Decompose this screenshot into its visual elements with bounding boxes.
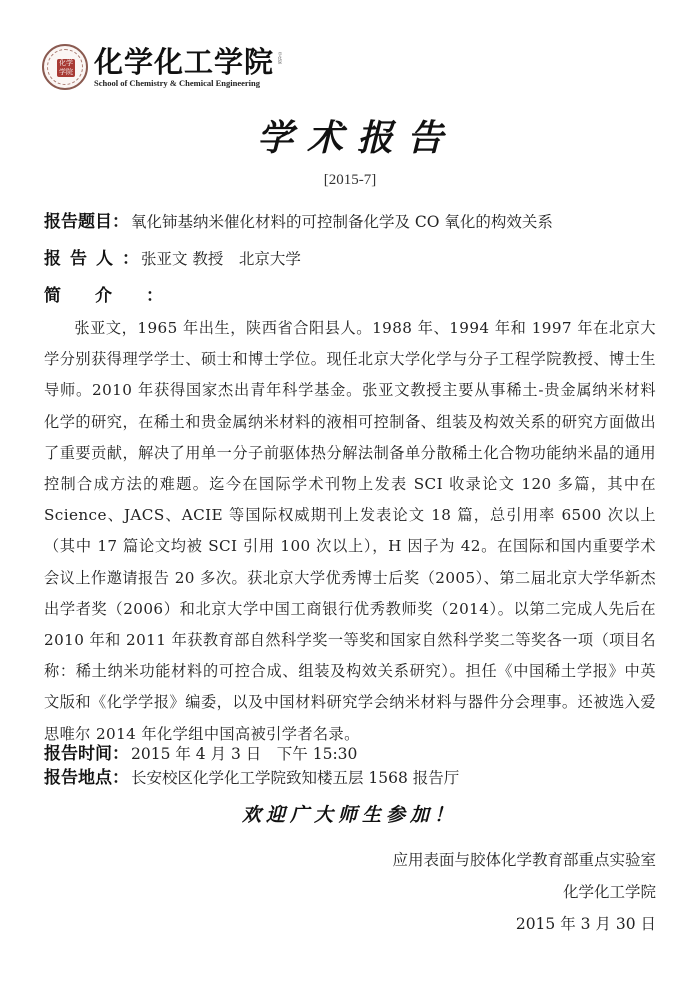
place-label: 报告地点 bbox=[44, 763, 112, 788]
school-name-block: 化学化工学院 学化院 School of Chemistry & Chemica… bbox=[94, 46, 283, 88]
topic-colon: ： bbox=[112, 207, 129, 232]
time-value: 2015 年 4 月 3 日 下午 15:30 bbox=[131, 742, 357, 764]
field-speaker: 报告人 ： 张亚文 教授 北京大学 bbox=[44, 244, 301, 269]
signoff-date: 2015 年 3 月 30 日 bbox=[516, 912, 656, 934]
intro-label: 简介 bbox=[44, 281, 146, 306]
speaker-colon: ： bbox=[122, 244, 139, 269]
field-time: 报告时间 ： 2015 年 4 月 3 日 下午 15:30 bbox=[44, 739, 357, 764]
page-title: 学术报告 bbox=[0, 110, 700, 161]
field-intro: 简介 ： bbox=[44, 281, 165, 306]
field-place: 报告地点 ： 长安校区化学化工学院致知楼五层 1568 报告厅 bbox=[44, 763, 459, 788]
signoff-school: 化学化工学院 bbox=[563, 880, 656, 902]
place-value: 长安校区化学化工学院致知楼五层 1568 报告厅 bbox=[131, 766, 459, 788]
welcome-message: 欢迎广大师生参加！ bbox=[0, 800, 700, 827]
field-topic: 报告题目 ： 氧化铈基纳米催化材料的可控制备化学及 CO 氧化的构效关系 bbox=[44, 207, 553, 232]
school-name-en: School of Chemistry & Chemical Engineeri… bbox=[94, 78, 283, 88]
serial-number: [2015-7] bbox=[0, 172, 700, 189]
signoff-lab: 应用表面与胶体化学教育部重点实验室 bbox=[392, 848, 656, 870]
time-label: 报告时间 bbox=[44, 739, 112, 764]
seal-emblem: 化学 学院 bbox=[57, 59, 75, 77]
time-colon: ： bbox=[112, 739, 129, 764]
speaker-label: 报告人 bbox=[44, 244, 122, 269]
school-seal-icon: 化学 学院 bbox=[42, 44, 88, 90]
place-colon: ： bbox=[112, 763, 129, 788]
intro-colon: ： bbox=[146, 281, 163, 306]
speaker-value: 张亚文 教授 北京大学 bbox=[141, 247, 301, 269]
speaker-bio: 张亚文，1965 年出生，陕西省合阳县人。1988 年、1994 年和 1997… bbox=[44, 313, 656, 750]
school-name-tiny: 学化院 bbox=[277, 52, 283, 64]
school-name-cn-row: 化学化工学院 学化院 bbox=[94, 46, 283, 78]
topic-value: 氧化铈基纳米催化材料的可控制备化学及 CO 氧化的构效关系 bbox=[131, 210, 553, 232]
school-name-cn: 化学化工学院 bbox=[94, 46, 274, 78]
school-logo: 化学 学院 化学化工学院 学化院 School of Chemistry & C… bbox=[42, 44, 283, 90]
topic-label: 报告题目 bbox=[44, 207, 112, 232]
